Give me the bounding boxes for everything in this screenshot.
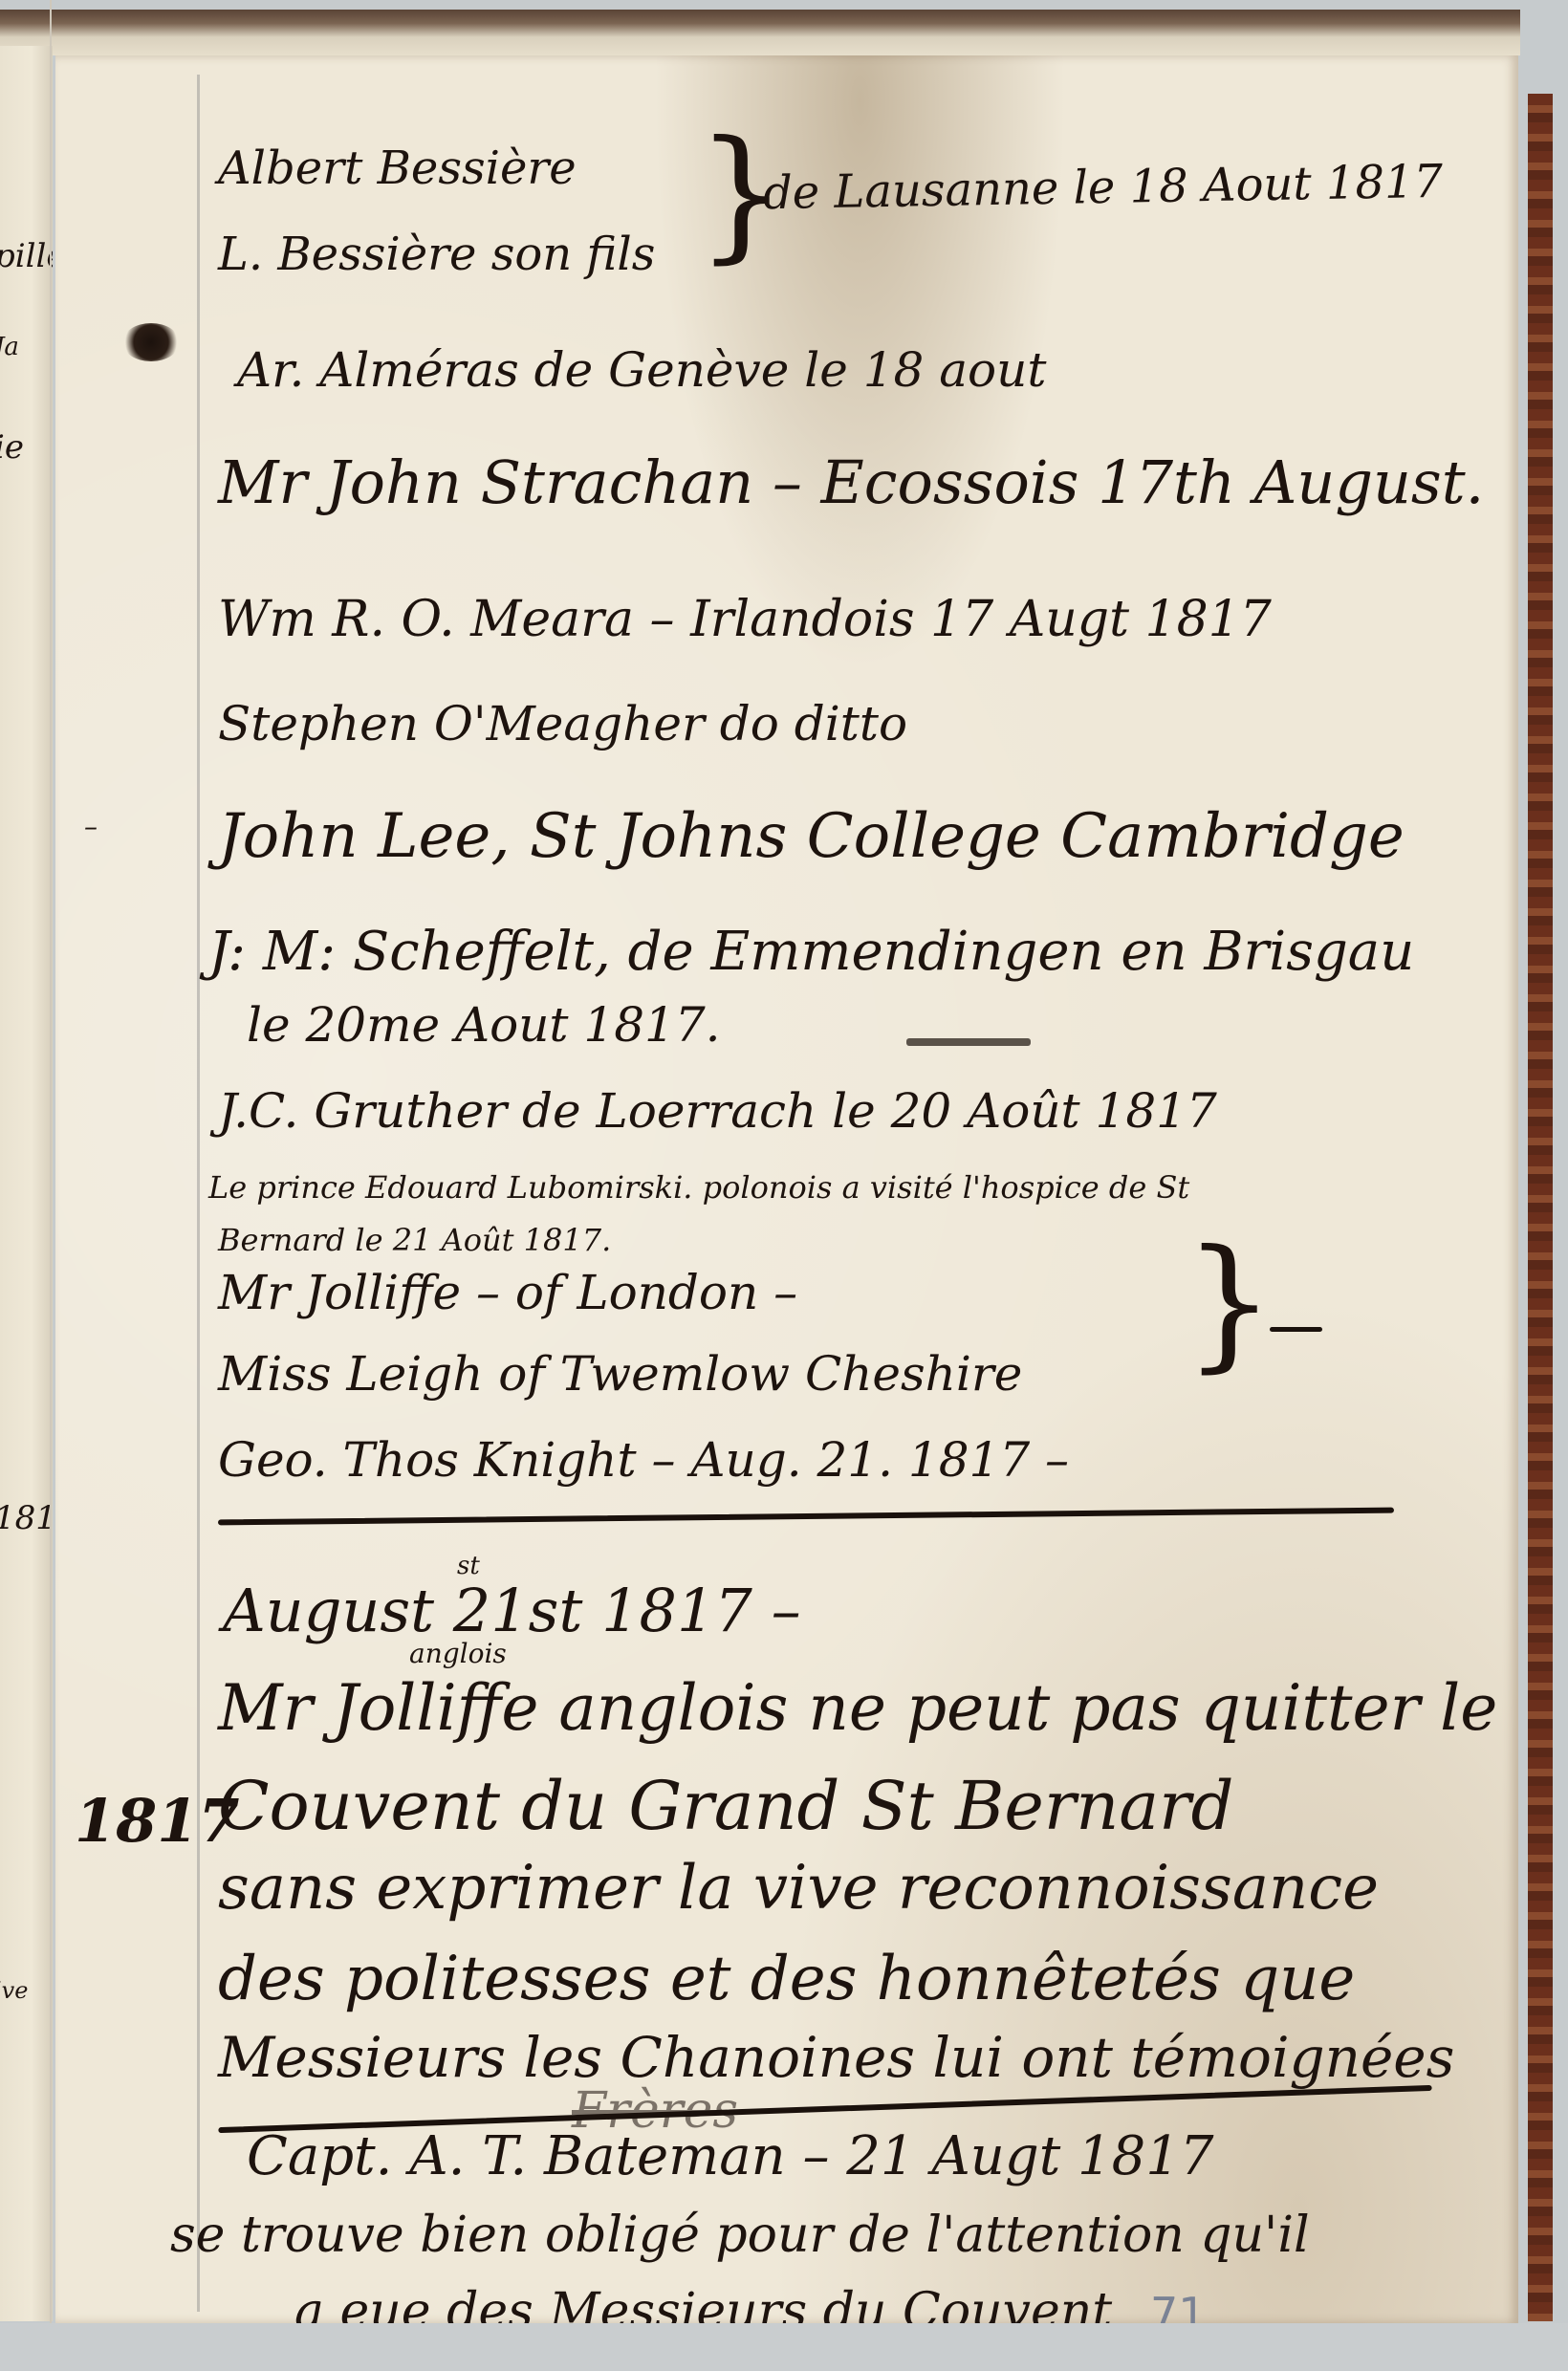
entry-lee: John Lee, St Johns College Cambridge	[218, 801, 1405, 872]
entry-strachan: Mr John Strachan – Ecossois 17th August.	[218, 447, 1484, 517]
dash-mark	[1270, 1327, 1322, 1332]
previous-page-edge: pille Ja ie 1817 ive	[0, 46, 53, 2321]
entry-lubomirski-line-2: Bernard le 21 Août 1817.	[218, 1222, 611, 1258]
previous-page-fragment: ie	[0, 428, 24, 467]
entry-bessiere-line-1: Albert Bessière	[218, 141, 577, 195]
entry-bessiere-line-2: L. Bessière son fils	[218, 228, 655, 281]
note-line-2: Mr Jolliffe anglois ne peut pas quitter …	[218, 1671, 1497, 1745]
book-cover-top-edge	[0, 10, 1520, 55]
entry-bateman-line-1: Capt. A. T. Bateman – 21 Augt 1817	[247, 2125, 1214, 2187]
scan-bottom-margin	[0, 2323, 1568, 2371]
margin-dash: –	[84, 811, 98, 842]
entry-jolliffe: Mr Jolliffe – of London –	[218, 1265, 797, 1320]
note-line-3: Couvent du Grand St Bernard	[218, 1767, 1233, 1845]
note-line-6: Messieurs les Chanoines lui ont témoigné…	[218, 2025, 1454, 2090]
margin-year: 1817	[75, 1786, 240, 1856]
note-line-4: sans exprimer la vive reconnoissance	[218, 1853, 1379, 1924]
margin-rule	[197, 75, 200, 2312]
entry-lubomirski-line-1: Le prince Edouard Lubomirski. polonois a…	[208, 1169, 1189, 1206]
entry-bessiere-origin: de Lausanne le 18 Aout 1817	[763, 155, 1444, 220]
entry-omeagher: Stephen O'Meagher do ditto	[218, 696, 907, 751]
entry-scheffelt-line-2: le 20me Aout 1817.	[247, 997, 721, 1053]
previous-page-fragment: ive	[0, 1977, 28, 2004]
ink-smudge	[906, 1038, 1031, 1046]
note-date: August 21st 1817 –	[223, 1576, 801, 1645]
note-line-5: des politesses et des honnêtetés que	[218, 1944, 1355, 2014]
entry-omeara: Wm R. O. Meara – Irlandois 17 Augt 1817	[218, 591, 1272, 648]
entry-bateman-line-2: se trouve bien obligé pour de l'attentio…	[170, 2207, 1310, 2264]
book-spine-edge	[1528, 94, 1553, 2321]
entry-leigh: Miss Leigh of Twemlow Cheshire	[218, 1346, 1022, 1402]
manuscript-page: Albert Bessière L. Bessière son fils } d…	[55, 55, 1518, 2323]
previous-page-fragment: 1817	[0, 1499, 53, 1537]
brace: }	[1184, 1231, 1274, 1375]
gutter-line	[50, 0, 52, 2371]
section-divider	[218, 1508, 1394, 1526]
note-superscript-anglois: anglois	[409, 1638, 507, 1669]
entry-knight: Geo. Thos Knight – Aug. 21. 1817 –	[218, 1432, 1069, 1488]
entry-almeras: Ar. Alméras de Genève le 18 aout	[237, 342, 1046, 398]
previous-page-fragment: Ja	[0, 333, 19, 361]
previous-page-fragment: pille	[0, 237, 53, 275]
entry-gruther: J.C. Gruther de Loerrach le 20 Août 1817	[218, 1083, 1217, 1139]
note-superscript-st: st	[457, 1552, 480, 1580]
entry-scheffelt-line-1: J: M: Scheffelt, de Emmendingen en Brisg…	[208, 921, 1414, 983]
ink-blot	[122, 323, 180, 361]
